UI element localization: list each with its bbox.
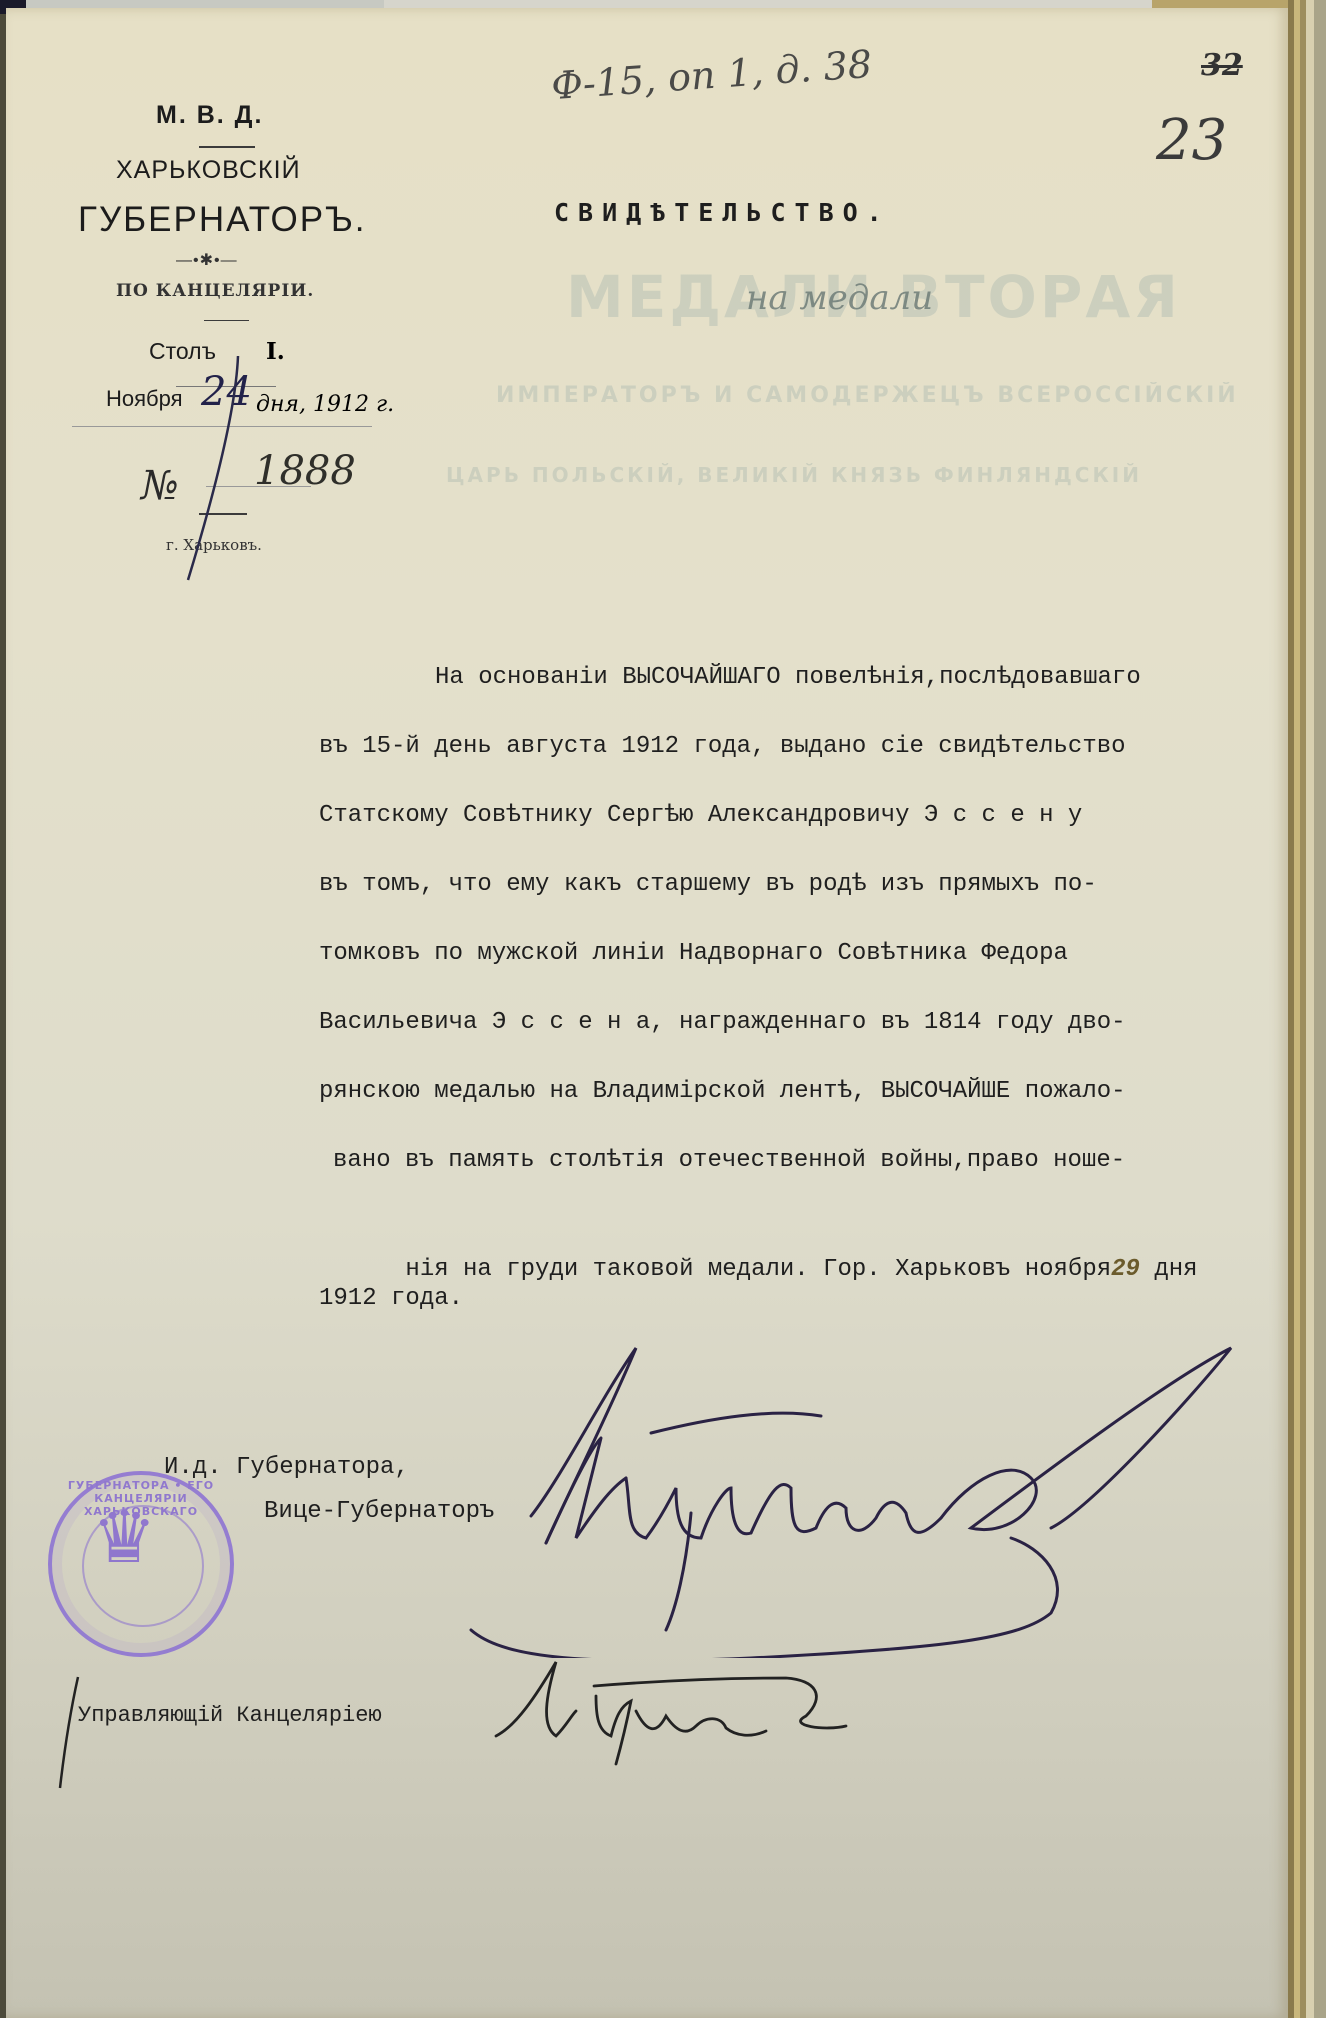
- header-divider: [199, 146, 255, 148]
- ornament-divider: —•✱•—: [176, 250, 238, 270]
- certificate-body: На основаніи ВЫСОЧАЙШАГО повелѣнія,послѣ…: [319, 658, 1259, 1348]
- body-line: въ томъ, что ему какъ старшему въ родѣ и…: [319, 865, 1259, 934]
- body-line: вано въ память столѣтія отечественной во…: [319, 1141, 1259, 1210]
- date-month: Ноября: [106, 386, 183, 412]
- closing-day-suffix: дня: [1140, 1256, 1198, 1283]
- document-title: СВИДѢТЕЛЬСТВО.: [554, 198, 891, 227]
- handwritten-bracket-icon: [56, 1673, 86, 1793]
- body-line: На основаніи ВЫСОЧАЙШАГО повелѣнія,послѣ…: [319, 658, 1259, 727]
- handwritten-stroke-icon: [176, 348, 256, 588]
- folio-crossed-text: 32: [1201, 48, 1243, 83]
- desk-number: I.: [266, 338, 285, 365]
- double-headed-eagle-icon: ♛: [92, 1501, 157, 1573]
- folio-number: 23: [1156, 108, 1227, 173]
- closing-day-handwritten: 29: [1111, 1256, 1140, 1283]
- body-line-text: нія на груди таковой медали. Гор. Харько…: [405, 1256, 1111, 1283]
- body-line: въ 15-й день августа 1912 года, выдано с…: [319, 727, 1259, 796]
- binding-edge: [1288, 0, 1326, 2018]
- body-line: Васильевича Э с с е н а, награжденнаго в…: [319, 1003, 1259, 1072]
- header-divider: [204, 320, 249, 321]
- body-line: Статскому Совѣтнику Сергѣю Александрович…: [319, 796, 1259, 865]
- date-suffix: дня, 1912 г.: [256, 392, 394, 417]
- document-page: МЕДАЛИ ВТОРАЯ ИМПЕРАТОРЪ И САМОДЕРЖЕЦЪ В…: [6, 8, 1288, 2018]
- body-line-with-date: нія на груди таковой медали. Гор. Харько…: [319, 1210, 1259, 1279]
- ministry-abbreviation: М. В. Д.: [156, 101, 263, 130]
- bleed-through-line-2: ИМПЕРАТОРЪ И САМОДЕРЖЕЦЪ ВСЕРОССІЙСКІЙ: [496, 383, 1239, 408]
- body-line: рянскою медалью на Владимірской лентѣ, В…: [319, 1072, 1259, 1141]
- chancery-manager-title: Управляющій Канцеляріею: [78, 1703, 382, 1728]
- department-label: ПО КАНЦЕЛЯРІИ.: [116, 281, 314, 301]
- region-name: ХАРЬКОВСКІЙ: [116, 156, 301, 185]
- chancery-manager-signature-icon: [486, 1656, 866, 1766]
- office-title: ГУБЕРНАТОРЪ.: [78, 200, 367, 240]
- vice-governor-signature-icon: [451, 1338, 1271, 1658]
- official-seal: ГУБЕРНАТОРА • ЕГО КАНЦЕЛЯРІИ ХАРЬКОВСКАГ…: [48, 1471, 234, 1657]
- bleed-through-line-3: ЦАРЬ ПОЛЬСКІЙ, ВЕЛИКІЙ КНЯЗЬ ФИНЛЯНДСКІЙ: [446, 463, 1142, 487]
- folio-number-crossed: 32: [1201, 48, 1243, 83]
- acting-governor-title: И.д. Губернатора,: [164, 1454, 409, 1481]
- body-line: томковъ по мужской линіи Надворнаго Совѣ…: [319, 934, 1259, 1003]
- registry-number: 1888: [254, 448, 356, 494]
- number-sign: №: [141, 463, 179, 509]
- margin-note: на медали: [746, 278, 933, 318]
- archive-reference: Ф-15, оп 1, д. 38: [550, 42, 874, 108]
